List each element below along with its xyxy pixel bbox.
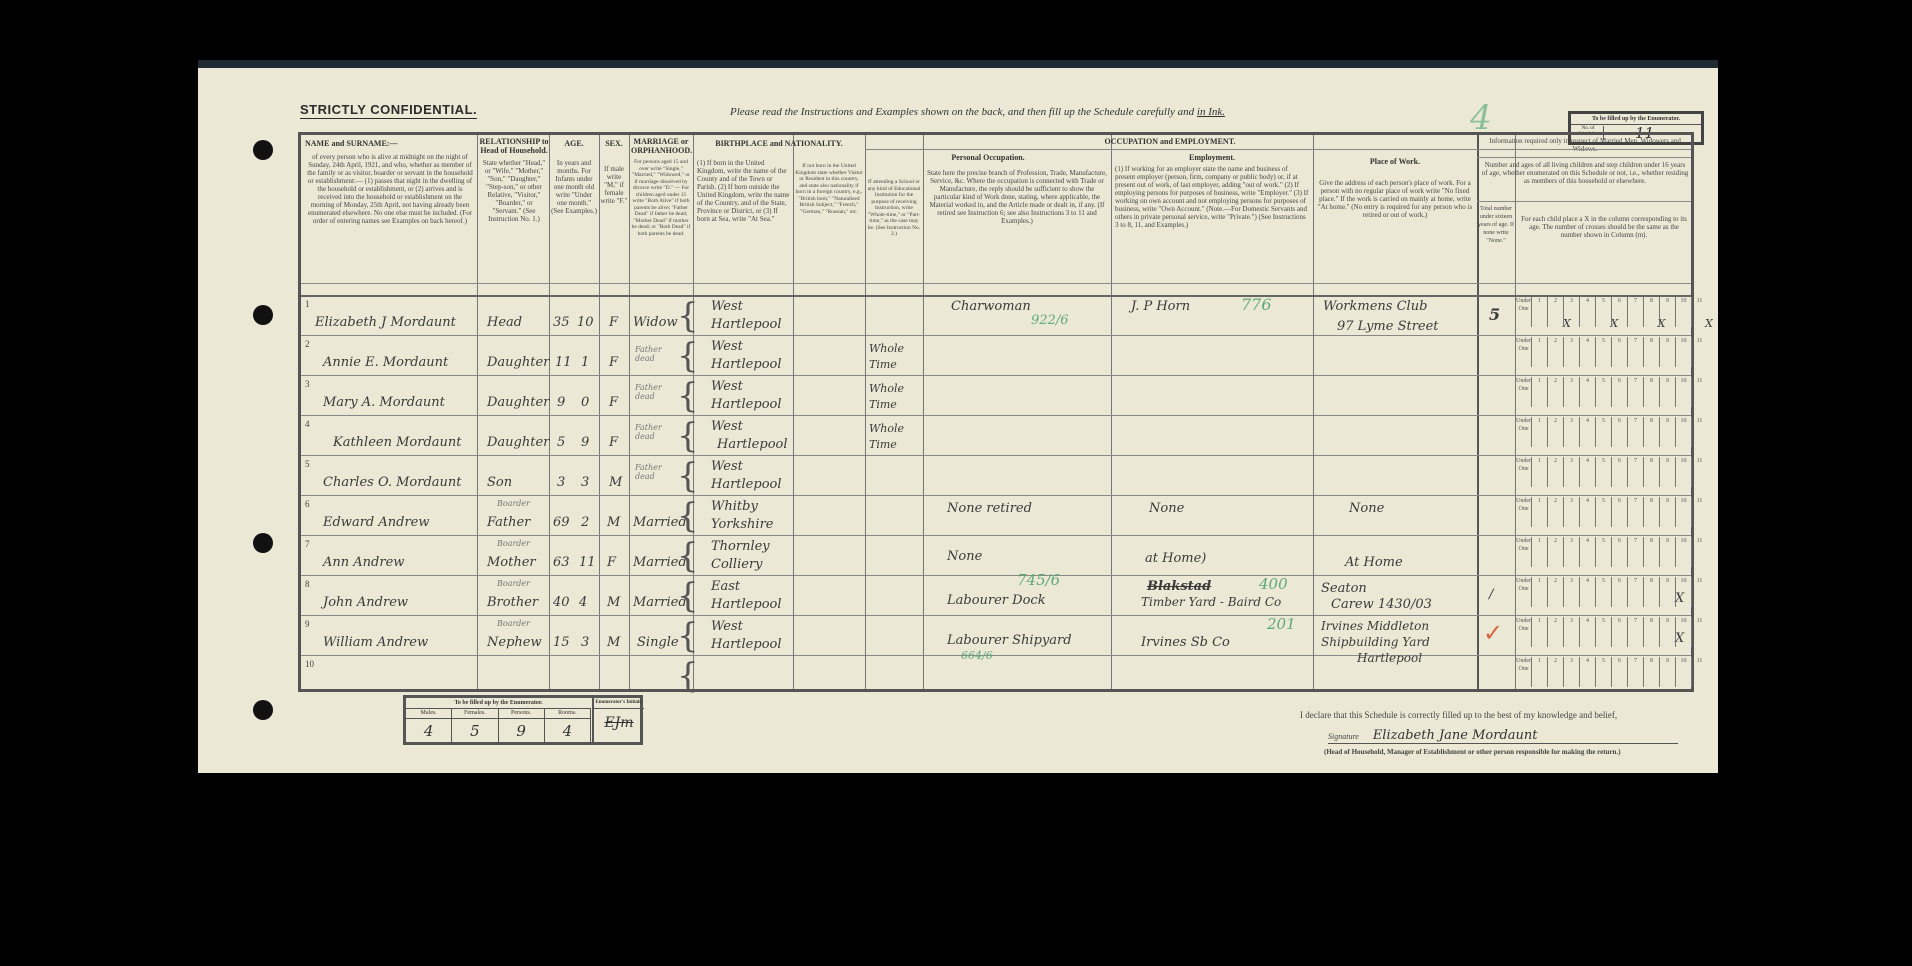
age-months: 3	[581, 635, 589, 650]
birthplace-line1: West	[711, 379, 743, 394]
relationship-note: Boarder	[497, 539, 530, 548]
birthplace-line1: West	[711, 619, 743, 634]
row-number: 4	[305, 419, 310, 429]
age-years: 3	[557, 475, 565, 490]
child-age-grid: Under One1234567891011	[1515, 657, 1707, 687]
age-months: 9	[581, 435, 589, 450]
brace: {	[677, 619, 699, 653]
occupation-code: 745/6	[1017, 571, 1060, 589]
child-age-grid: Under One1234567891011	[1515, 417, 1707, 447]
census-table: NAME and SURNAME:— of every person who i…	[298, 132, 1694, 692]
enumerator-initials: EJm	[594, 715, 644, 731]
child-age-grid: Under One1234567891011	[1515, 617, 1707, 647]
employer: None	[1149, 501, 1184, 516]
total-children-mark: /	[1489, 587, 1493, 602]
birthplace-line2: Hartlepool	[711, 637, 782, 652]
header-age-body: In years and months. For Infants under o…	[551, 159, 597, 279]
under-one-label: Under One	[1515, 297, 1531, 327]
row-line	[301, 375, 1691, 376]
row-line	[301, 535, 1691, 536]
relationship: Nephew	[487, 635, 542, 650]
employer-code: 776	[1241, 295, 1272, 314]
occupation-code: 922/6	[1031, 313, 1068, 328]
birthplace-line2: Hartlepool	[711, 397, 782, 412]
signature: Elizabeth Jane Mordaunt	[1373, 728, 1538, 743]
occupation: None retired	[947, 501, 1032, 516]
signature-line: SignatureElizabeth Jane Mordaunt	[1328, 728, 1678, 744]
enumerator-box: To be filled up by the Enumerator. Males…	[403, 695, 643, 745]
school-attendance: Whole Time	[869, 421, 919, 453]
age-years: 40	[553, 595, 570, 610]
instruction-ink: in Ink.	[1197, 106, 1225, 118]
children-divider	[1477, 157, 1691, 158]
birthplace-line2: Yorkshire	[711, 517, 773, 532]
sex: M	[607, 515, 620, 530]
males-count: 4	[406, 719, 452, 743]
child-age-grid: Under One1234567891011	[1515, 377, 1707, 407]
header-personal-occupation: Personal Occupation.	[865, 153, 1111, 162]
relationship-note: Boarder	[497, 579, 530, 588]
row-number: 10	[305, 659, 314, 669]
age-years: 11	[555, 355, 572, 370]
age-years: 9	[557, 395, 565, 410]
place-of-work-line3: Hartlepool	[1357, 651, 1422, 665]
age-months: 4	[579, 595, 587, 610]
brace: {	[677, 539, 699, 573]
sex: F	[609, 355, 618, 370]
place-of-work-line1: None	[1349, 501, 1384, 516]
person-name: Annie E. Mordaunt	[323, 355, 448, 370]
age-years: 5	[557, 435, 565, 450]
child-age-grid: Under One1234567891011	[1515, 497, 1707, 527]
age-months: 2	[581, 515, 589, 530]
row-number: 2	[305, 339, 310, 349]
row-line	[301, 455, 1691, 456]
females-count: 5	[452, 719, 498, 743]
relationship-note: Boarder	[497, 619, 530, 628]
child-age-grid: Under One1234567891011	[1515, 337, 1707, 367]
row-number: 3	[305, 379, 310, 389]
sex: F	[609, 395, 618, 410]
row-line	[301, 575, 1691, 576]
header-children-body: Number and ages of all living children a…	[1481, 161, 1689, 201]
header-place-of-work-body: Give the address of each person's place …	[1317, 179, 1473, 279]
under-one-label: Under One	[1515, 417, 1531, 447]
under-one-label: Under One	[1515, 457, 1531, 487]
instructions-line: Please read the Instructions and Example…	[730, 106, 1225, 118]
children-divider2	[1477, 201, 1691, 202]
punch-hole	[253, 140, 273, 160]
enumerator-initials-box: Enumerator's Initials. EJm	[592, 698, 644, 742]
marital-status: Father dead	[635, 383, 665, 401]
row-line	[301, 415, 1691, 416]
person-name: Edward Andrew	[323, 515, 429, 530]
child-age-grid: Under One1234567891011	[1515, 297, 1707, 327]
brace: {	[677, 579, 699, 613]
age-months: 1	[581, 355, 589, 370]
person-name: Ann Andrew	[323, 555, 404, 570]
school-attendance: Whole Time	[869, 341, 919, 373]
header-relationship: RELATIONSHIP to Head of Household.	[479, 137, 549, 155]
employer: J. P Horn	[1131, 299, 1190, 314]
census-schedule-page: STRICTLY CONFIDENTIAL. Please read the I…	[198, 60, 1718, 773]
punch-hole	[253, 533, 273, 553]
header-age: AGE.	[551, 139, 597, 148]
header-marriage-body: For persons aged 15 and over write "Sing…	[631, 159, 691, 279]
marital-status: Father dead	[635, 423, 665, 441]
under-one-label: Under One	[1515, 577, 1531, 607]
header-employment: Employment.	[1113, 153, 1311, 162]
row-number: 5	[305, 459, 310, 469]
row-number: 6	[305, 499, 310, 509]
females-label: Females.	[452, 709, 498, 718]
header-name: NAME and SURNAME:—	[305, 139, 475, 148]
header-sex-body: If male write "M," if female write "F."	[600, 165, 628, 275]
birthplace-line1: West	[711, 339, 743, 354]
birthplace-line2: Hartlepool	[717, 437, 788, 452]
birthplace-line2: Hartlepool	[711, 317, 782, 332]
place-of-work-line2: Shipbuilding Yard	[1321, 635, 1430, 649]
sex: F	[609, 315, 618, 330]
age-years: 69	[553, 515, 570, 530]
instruction-text: Please read the Instructions and Example…	[730, 106, 1194, 118]
red-check-icon: ✓	[1483, 619, 1503, 647]
brace: {	[677, 659, 699, 693]
header-school-body: If attending a School or any kind of Edu…	[867, 179, 921, 279]
place-of-work-line2: Carew 1430/03	[1331, 597, 1432, 612]
person-name: William Andrew	[323, 635, 428, 650]
age-months: 11	[579, 555, 596, 570]
row-number: 1	[305, 299, 310, 309]
punch-hole	[253, 305, 273, 325]
age-years: 63	[553, 555, 570, 570]
males-label: Males.	[406, 709, 452, 718]
header-relationship-body: State whether "Head," or "Wife," "Mother…	[481, 159, 547, 279]
sex: M	[607, 635, 620, 650]
punch-hole	[253, 700, 273, 720]
birthplace-line1: Thornley	[711, 539, 770, 554]
place-of-work-line2: 97 Lyme Street	[1337, 319, 1439, 334]
under-one-label: Under One	[1515, 537, 1531, 567]
under-one-label: Under One	[1515, 497, 1531, 527]
relationship: Son	[487, 475, 512, 490]
sex: F	[609, 435, 618, 450]
marital-status: Father dead	[635, 345, 665, 363]
enumerator-box-header: To be filled up by the Enumerator.	[406, 698, 591, 709]
brace: {	[677, 339, 699, 373]
occupation: Labourer Dock	[947, 593, 1046, 608]
header-divider	[301, 283, 1691, 284]
occupation-code: 664/6	[961, 649, 993, 662]
header-place-of-work: Place of Work.	[1315, 157, 1475, 166]
birthplace-line1: East	[711, 579, 740, 594]
person-name: Charles O. Mordaunt	[323, 475, 462, 490]
birthplace-line2: Colliery	[711, 557, 763, 572]
header-total-children: Total number under sixteen years of age.…	[1478, 205, 1514, 285]
header-bottom	[301, 295, 1691, 297]
marital-status: Father dead	[635, 463, 665, 481]
relationship: Father	[487, 515, 530, 530]
relationship: Daughter	[487, 435, 549, 450]
rooms-label: Rooms.	[545, 709, 591, 718]
under-one-label: Under One	[1515, 617, 1531, 647]
age-months: 3	[581, 475, 589, 490]
relationship-note: Boarder	[497, 499, 530, 508]
age-months: 0	[581, 395, 589, 410]
sex: M	[609, 475, 622, 490]
person-name: Mary A. Mordaunt	[323, 395, 445, 410]
marital-status: Widow	[633, 315, 678, 330]
row-line	[301, 495, 1691, 496]
employer: at Home)	[1145, 551, 1206, 566]
occupation: Labourer Shipyard	[947, 633, 1072, 648]
occupation: None	[947, 549, 982, 564]
school-attendance: Whole Time	[869, 381, 919, 413]
birthplace-line1: West	[711, 419, 743, 434]
under-one-label: Under One	[1515, 657, 1531, 687]
brace: {	[677, 379, 699, 413]
header-child-ages: For each child place a X in the column c…	[1519, 215, 1689, 275]
place-of-work-line1: Irvines Middleton	[1321, 619, 1429, 633]
sex: M	[607, 595, 620, 610]
birthplace-line1: West	[711, 299, 743, 314]
child-age-grid: Under One1234567891011	[1515, 577, 1707, 607]
brace: {	[677, 459, 699, 493]
page-title: STRICTLY CONFIDENTIAL.	[300, 102, 477, 119]
employer-code: 400	[1259, 575, 1288, 593]
row-number: 9	[305, 619, 310, 629]
age-years: 15	[553, 635, 570, 650]
header-birthplace-body: (1) If born in the United Kingdom, write…	[697, 159, 791, 279]
child-age-grid: Under One1234567891011	[1515, 457, 1707, 487]
child-age-grid: Under One1234567891011	[1515, 537, 1707, 567]
place-of-work-line1: Seaton	[1321, 581, 1367, 596]
occupation: Charwoman	[951, 299, 1031, 314]
birthplace-line2: Hartlepool	[711, 477, 782, 492]
total-children: 5	[1489, 305, 1500, 324]
persons-count: 9	[499, 719, 545, 743]
under-one-label: Under One	[1515, 337, 1531, 367]
brace: {	[677, 499, 699, 533]
header-children: Information required only in respect of …	[1479, 137, 1691, 157]
row-line	[301, 335, 1691, 336]
header-name-body: of every person who is alive at midnight…	[307, 153, 473, 283]
relationship: Brother	[487, 595, 538, 610]
header-nationality-body: If not born in the United Kingdom state …	[795, 163, 863, 273]
signature-label: Signature	[1328, 732, 1359, 741]
place-of-work-line1: Workmens Club	[1323, 299, 1427, 314]
header-occupation-body: State here the precise branch of Profess…	[927, 169, 1107, 279]
sex: F	[607, 555, 616, 570]
row-number: 7	[305, 539, 310, 549]
age-years: 35	[553, 315, 570, 330]
brace: {	[677, 419, 699, 453]
rooms-count: 4	[545, 719, 591, 743]
person-name: Elizabeth J Mordaunt	[315, 315, 456, 330]
declaration-text: I declare that this Schedule is correctl…	[1300, 710, 1617, 720]
age-months: 10	[577, 315, 594, 330]
marital-status: Single	[637, 635, 679, 650]
employer-code: 201	[1267, 615, 1296, 633]
persons-label: Persons.	[499, 709, 545, 718]
relationship: Head	[487, 315, 522, 330]
place-of-work-line1: At Home	[1345, 555, 1403, 570]
row-line	[301, 655, 1691, 656]
relationship: Daughter	[487, 395, 549, 410]
header-birthplace: BIRTHPLACE and NATIONALITY.	[693, 139, 865, 148]
signature-subtitle: (Head of Household, Manager of Establish…	[1324, 748, 1621, 756]
birthplace-line2: Hartlepool	[711, 357, 782, 372]
brace: {	[677, 299, 699, 333]
relationship: Daughter	[487, 355, 549, 370]
employer: Timber Yard - Baird Co	[1141, 595, 1281, 609]
employer-struck: Blakstad	[1147, 579, 1211, 594]
header-marriage: MARRIAGE or ORPHANHOOD.	[631, 137, 691, 155]
row-line	[301, 615, 1691, 616]
birthplace-line2: Hartlepool	[711, 597, 782, 612]
occ-divider	[865, 149, 1691, 150]
header-employment-body: (1) If working for an employer state the…	[1115, 165, 1309, 285]
header-sex: SEX.	[600, 139, 628, 148]
birthplace-line1: West	[711, 459, 743, 474]
birthplace-line1: Whitby	[711, 499, 758, 514]
person-name: John Andrew	[323, 595, 408, 610]
employer: Irvines Sb Co	[1141, 635, 1230, 650]
relationship: Mother	[487, 555, 536, 570]
initials-label: Enumerator's Initials.	[594, 698, 644, 709]
row-number: 8	[305, 579, 310, 589]
header-occupation: OCCUPATION and EMPLOYMENT.	[865, 137, 1475, 146]
under-one-label: Under One	[1515, 377, 1531, 407]
person-name: Kathleen Mordaunt	[333, 435, 462, 450]
